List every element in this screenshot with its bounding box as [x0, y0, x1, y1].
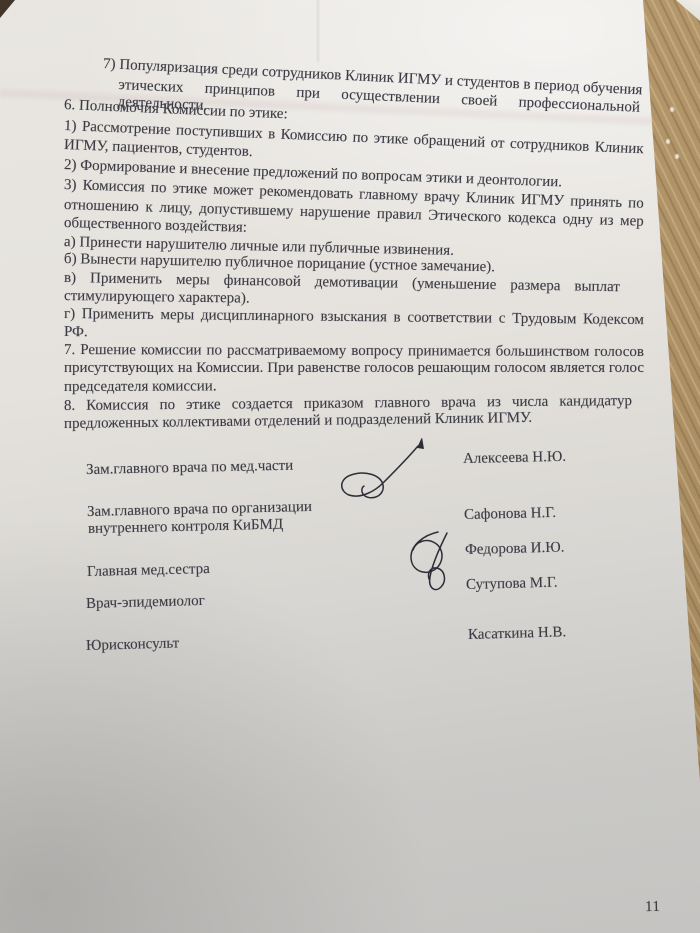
signatory-name: Сафонова Н.Г.	[464, 505, 556, 524]
signatory-name: Касаткина Н.В.	[468, 624, 567, 644]
signatory-name: Сутупова М.Г.	[466, 575, 558, 594]
position-label: Юрисконсульт	[86, 635, 180, 655]
photo-scene: 7) Популяризация среди сотрудников Клини…	[0, 0, 700, 933]
signatory-name: Алексеева Н.Ю.	[463, 449, 566, 468]
handwritten-signature	[402, 529, 464, 597]
position-label: Врач-эпидемиолог	[86, 593, 205, 613]
handwritten-signature	[332, 438, 447, 500]
doc-line: присутствующих на Комиссии. При равенств…	[64, 360, 644, 377]
document-page: 7) Популяризация среди сотрудников Клини…	[0, 0, 700, 933]
signatory-name: Федорова И.Ю.	[465, 540, 565, 559]
page-number: 11	[645, 899, 661, 916]
dust-speck	[675, 154, 679, 159]
dust-speck	[670, 107, 674, 112]
position-label: Главная мед.сестра	[87, 561, 210, 581]
position-label: Зам.главного врача по мед.части	[86, 458, 294, 479]
position-label-line2: внутреннего контроля КиБМД	[88, 517, 284, 538]
doc-line: 7. Решение комиссии по рассматриваемому …	[64, 342, 644, 361]
fold-mark	[317, 0, 319, 62]
dust-speck	[666, 139, 670, 144]
